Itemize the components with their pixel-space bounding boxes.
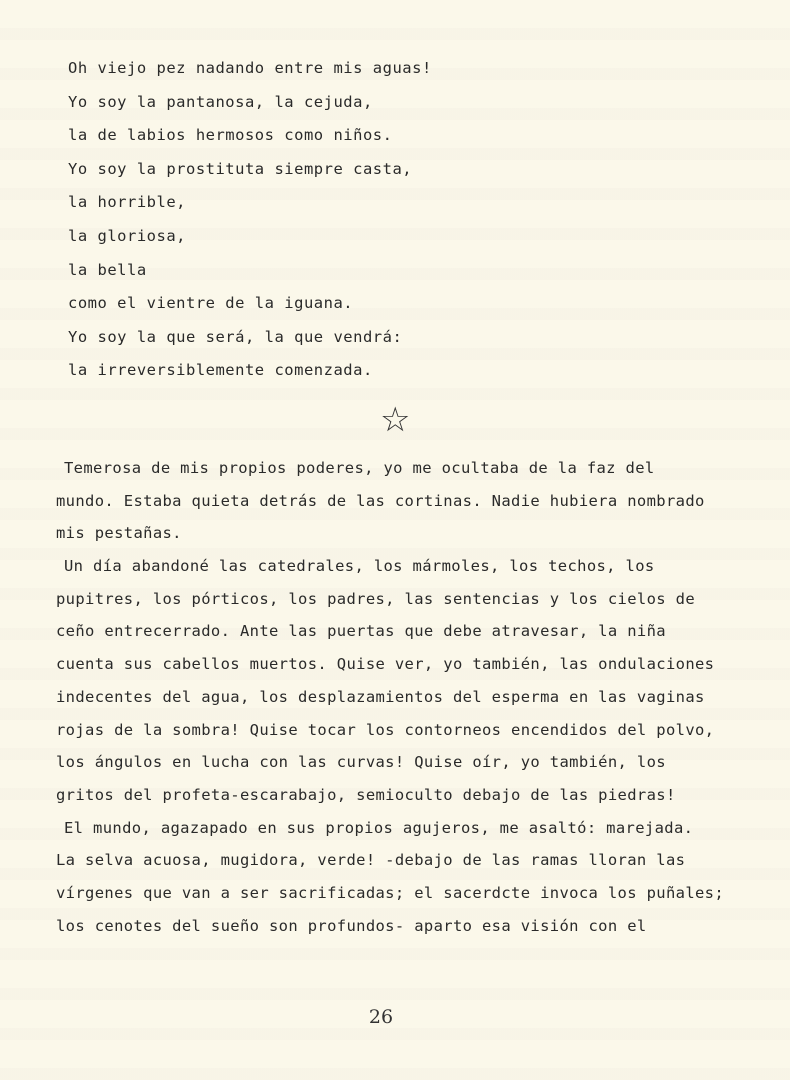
poem-stanza: Oh viejo pez nadando entre mis aguas! Yo… [68,52,432,388]
prose-line: rojas de la sombra! Quise tocar los cont… [56,714,786,747]
prose-line: Temerosa de mis propios poderes, yo me o… [56,452,786,485]
prose-line: vírgenes que van a ser sacrificadas; el … [56,877,786,910]
poem-line: la bella [68,254,432,288]
prose-line: los ángulos en lucha con las curvas! Qui… [56,746,786,779]
prose-line: mundo. Estaba quieta detrás de las corti… [56,485,786,518]
star-outline-icon: ☆ [380,402,410,438]
prose-line: los cenotes del sueño son profundos- apa… [56,910,786,943]
prose-line: Un día abandoné las catedrales, los márm… [56,550,786,583]
poem-line: Yo soy la prostituta siempre casta, [68,153,432,187]
poem-line: la irreversiblemente comenzada. [68,354,432,388]
prose-line: cuenta sus cabellos muertos. Quise ver, … [56,648,786,681]
poem-line: Yo soy la pantanosa, la cejuda, [68,86,432,120]
prose-line: ceño entrecerrado. Ante las puertas que … [56,615,786,648]
poem-line: la de labios hermosos como niños. [68,119,432,153]
poem-line: Yo soy la que será, la que vendrá: [68,321,432,355]
prose-line: pupitres, los pórticos, los padres, las … [56,583,786,616]
prose-body: Temerosa de mis propios poderes, yo me o… [56,452,786,942]
poem-line: la horrible, [68,186,432,220]
prose-line: El mundo, agazapado en sus propios aguje… [56,812,786,845]
prose-line: La selva acuosa, mugidora, verde! -debaj… [56,844,786,877]
prose-line: gritos del profeta-escarabajo, semiocult… [56,779,786,812]
prose-line: mis pestañas. [56,517,786,550]
page-number: 26 [0,1006,762,1028]
poem-line: la gloriosa, [68,220,432,254]
poem-line: Oh viejo pez nadando entre mis aguas! [68,52,432,86]
prose-line: indecentes del agua, los desplazamientos… [56,681,786,714]
poem-line: como el vientre de la iguana. [68,287,432,321]
